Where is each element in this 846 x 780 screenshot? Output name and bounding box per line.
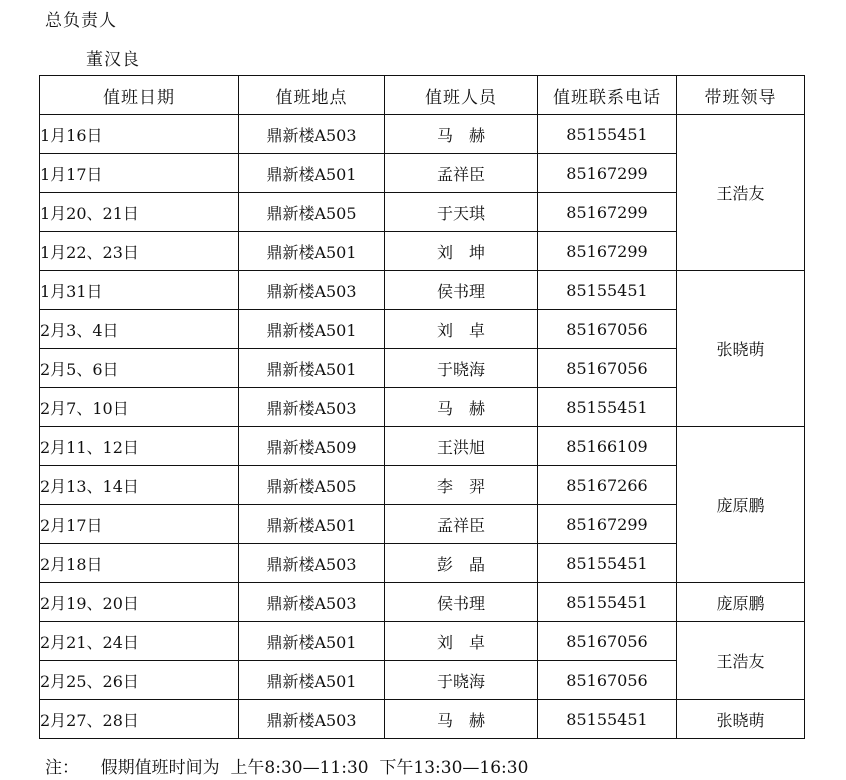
- column-header-phone: 值班联系电话: [538, 76, 677, 115]
- cell-phone: 85167299: [538, 232, 677, 271]
- cell-date: 2月11、12日: [40, 427, 239, 466]
- table-row: 1月31日鼎新楼A503侯书理85155451张晓萌: [40, 271, 805, 310]
- note-morning-hours: 上午8:30—11:30: [230, 758, 368, 778]
- cell-phone: 85155451: [538, 388, 677, 427]
- table-row: 2月21、24日鼎新楼A501刘 卓85167056王浩友: [40, 622, 805, 661]
- cell-date: 2月5、6日: [40, 349, 239, 388]
- note-label: 注：: [45, 758, 79, 778]
- cell-phone: 85155451: [538, 271, 677, 310]
- table-row: 2月27、28日鼎新楼A503马 赫85155451张晓萌: [40, 700, 805, 739]
- column-header-location: 值班地点: [239, 76, 385, 115]
- cell-person: 于天琪: [385, 193, 538, 232]
- duty-schedule-table: 值班日期 值班地点 值班人员 值班联系电话 带班领导 1月16日鼎新楼A503马…: [39, 75, 805, 739]
- cell-date: 2月17日: [40, 505, 239, 544]
- cell-date: 2月19、20日: [40, 583, 239, 622]
- cell-location: 鼎新楼A501: [239, 349, 385, 388]
- cell-person: 刘 坤: [385, 232, 538, 271]
- cell-phone: 85167299: [538, 505, 677, 544]
- cell-phone: 85167056: [538, 661, 677, 700]
- cell-phone: 85155451: [538, 583, 677, 622]
- cell-person: 侯书理: [385, 271, 538, 310]
- table-row: 2月19、20日鼎新楼A503侯书理85155451庞原鹏: [40, 583, 805, 622]
- cell-location: 鼎新楼A509: [239, 427, 385, 466]
- cell-location: 鼎新楼A505: [239, 193, 385, 232]
- note-text: 假期值班时间为: [101, 758, 220, 778]
- cell-leader: 张晓萌: [677, 271, 805, 427]
- table-row: 2月11、12日鼎新楼A509王洪旭85166109庞原鹏: [40, 427, 805, 466]
- cell-date: 1月20、21日: [40, 193, 239, 232]
- cell-location: 鼎新楼A501: [239, 310, 385, 349]
- cell-leader: 王浩友: [677, 622, 805, 700]
- cell-date: 2月21、24日: [40, 622, 239, 661]
- cell-person: 刘 卓: [385, 622, 538, 661]
- cell-phone: 85167299: [538, 193, 677, 232]
- cell-date: 2月25、26日: [40, 661, 239, 700]
- cell-location: 鼎新楼A501: [239, 154, 385, 193]
- cell-location: 鼎新楼A503: [239, 700, 385, 739]
- cell-date: 2月27、28日: [40, 700, 239, 739]
- cell-person: 马 赫: [385, 388, 538, 427]
- cell-date: 2月7、10日: [40, 388, 239, 427]
- cell-location: 鼎新楼A503: [239, 271, 385, 310]
- chief-responsible-name: 董汉良: [86, 45, 140, 70]
- cell-phone: 85167056: [538, 622, 677, 661]
- cell-location: 鼎新楼A501: [239, 661, 385, 700]
- cell-location: 鼎新楼A503: [239, 388, 385, 427]
- cell-location: 鼎新楼A501: [239, 622, 385, 661]
- cell-person: 刘 卓: [385, 310, 538, 349]
- cell-date: 1月22、23日: [40, 232, 239, 271]
- cell-person: 彭 晶: [385, 544, 538, 583]
- cell-phone: 85155451: [538, 544, 677, 583]
- cell-date: 2月13、14日: [40, 466, 239, 505]
- cell-leader: 王浩友: [677, 115, 805, 271]
- cell-date: 1月17日: [40, 154, 239, 193]
- column-header-person: 值班人员: [385, 76, 538, 115]
- cell-date: 1月31日: [40, 271, 239, 310]
- cell-location: 鼎新楼A503: [239, 583, 385, 622]
- column-header-date: 值班日期: [40, 76, 239, 115]
- cell-date: 2月18日: [40, 544, 239, 583]
- cell-location: 鼎新楼A505: [239, 466, 385, 505]
- cell-location: 鼎新楼A503: [239, 115, 385, 154]
- cell-phone: 85167266: [538, 466, 677, 505]
- cell-date: 2月3、4日: [40, 310, 239, 349]
- cell-person: 马 赫: [385, 115, 538, 154]
- cell-location: 鼎新楼A503: [239, 544, 385, 583]
- cell-location: 鼎新楼A501: [239, 232, 385, 271]
- cell-location: 鼎新楼A501: [239, 505, 385, 544]
- cell-leader: 庞原鹏: [677, 427, 805, 583]
- cell-phone: 85166109: [538, 427, 677, 466]
- cell-person: 侯书理: [385, 583, 538, 622]
- cell-phone: 85155451: [538, 115, 677, 154]
- cell-date: 1月16日: [40, 115, 239, 154]
- note-afternoon-hours: 下午13:30—16:30: [379, 758, 528, 778]
- table-header-row: 值班日期 值班地点 值班人员 值班联系电话 带班领导: [40, 76, 805, 115]
- cell-person: 于晓海: [385, 349, 538, 388]
- chief-responsible-label: 总负责人: [45, 6, 117, 31]
- cell-phone: 85167056: [538, 310, 677, 349]
- note: 注： 假期值班时间为 上午8:30—11:30 下午13:30—16:30: [45, 753, 528, 778]
- table-row: 1月16日鼎新楼A503马 赫85155451王浩友: [40, 115, 805, 154]
- cell-person: 于晓海: [385, 661, 538, 700]
- column-header-leader: 带班领导: [677, 76, 805, 115]
- cell-person: 李 羿: [385, 466, 538, 505]
- cell-phone: 85167056: [538, 349, 677, 388]
- cell-person: 王洪旭: [385, 427, 538, 466]
- table-body: 1月16日鼎新楼A503马 赫85155451王浩友1月17日鼎新楼A501孟祥…: [40, 115, 805, 739]
- cell-person: 孟祥臣: [385, 154, 538, 193]
- cell-leader: 庞原鹏: [677, 583, 805, 622]
- cell-phone: 85155451: [538, 700, 677, 739]
- cell-person: 马 赫: [385, 700, 538, 739]
- cell-phone: 85167299: [538, 154, 677, 193]
- cell-leader: 张晓萌: [677, 700, 805, 739]
- cell-person: 孟祥臣: [385, 505, 538, 544]
